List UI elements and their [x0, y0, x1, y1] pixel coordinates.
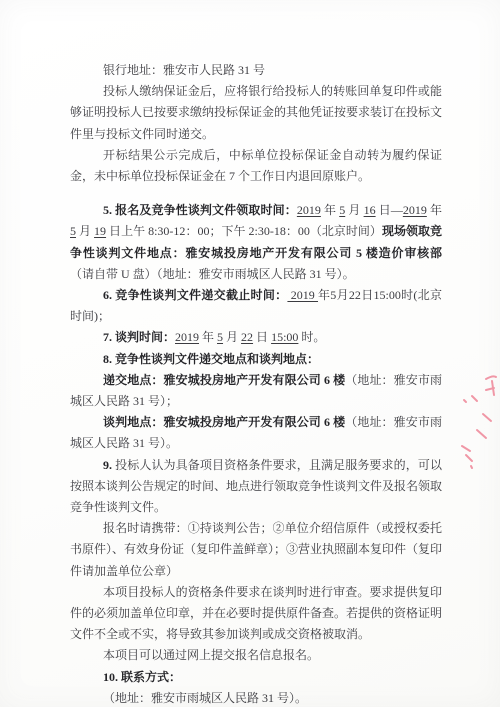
- paragraph: 6. 竞争性谈判文件递交截止时间： 2019 年5月22日15:00时(北京时间…: [70, 285, 442, 327]
- text-run: 本项目投标人的资格条件要求在谈判时进行审查。要求提供复印件的必须加盖单位印章，并…: [70, 585, 442, 641]
- paragraph: 报名时请携带：①持谈判公告；②单位介绍信原件（或授权委托书原件）、有效身份证（复…: [70, 518, 442, 582]
- text-run: 本项目可以通过网上提交报名信息报名。: [103, 648, 319, 662]
- text-run: 15:00: [271, 330, 298, 344]
- text-run: 投标人认为具备项目资格条件要求，且满足服务要求的，可以按照本谈判公告规定的时间、…: [70, 458, 442, 514]
- text-run: 时。: [298, 330, 325, 344]
- paragraph: 7. 谈判时间：2019 年 5 月 22 日 15:00 时。: [70, 327, 442, 348]
- text-run: 10. 联系方式：: [103, 670, 181, 684]
- red-ink-marks: [450, 368, 500, 473]
- paragraph: 投标人缴纳保证金后，应将银行给投标人的转账回单复印件或能够证明投标人已按要求缴纳…: [70, 81, 442, 145]
- paragraph: 本项目投标人的资格条件要求在谈判时进行审查。要求提供复印件的必须加盖单位印章，并…: [70, 582, 442, 646]
- paragraph: 10. 联系方式：: [70, 667, 442, 688]
- text-run: （请自带 U 盘）（地址：雅安市雨城区人民路 31 号）。: [70, 267, 355, 281]
- paragraph: 5. 报名及竞争性谈判文件领取时间：2019 年 5 月 16 日—2019 年…: [70, 200, 442, 285]
- text-run: 19: [94, 224, 106, 238]
- scanned-document-page: 银行地址：雅安市人民路 31 号投标人缴纳保证金后，应将银行给投标人的转账回单复…: [0, 0, 500, 707]
- text-run: 开标结果公示完成后，中标单位投标保证金自动转为履约保证金，未中标单位投标保证金在…: [70, 148, 442, 183]
- text-run: 2019: [403, 203, 427, 217]
- text-run: 9.: [103, 458, 112, 472]
- text-run: （地址：雅安市雨城区人民路 31 号）。: [103, 691, 307, 705]
- text-run: 2019: [287, 288, 318, 302]
- text-run: 日上午 8:30-12：00；下午 2:30-18：00（北京时间）: [106, 224, 382, 238]
- paragraph: 开标结果公示完成后，中标单位投标保证金自动转为履约保证金，未中标单位投标保证金在…: [70, 145, 442, 187]
- text-run: 报名时请携带：①持谈判公告；②单位介绍信原件（或授权委托书原件）、有效身份证（复…: [70, 521, 442, 577]
- text-run: 2019: [297, 203, 321, 217]
- text-run: 投标人缴纳保证金后，应将银行给投标人的转账回单复印件或能够证明投标人已按要求缴纳…: [70, 84, 442, 140]
- text-run: 谈判地点：雅安城投房地产开发有限公司 6 楼: [103, 415, 345, 429]
- text-run: 递交地点：雅安城投房地产开发有限公司 6 楼: [103, 373, 345, 387]
- document-body: 银行地址：雅安市人民路 31 号投标人缴纳保证金后，应将银行给投标人的转账回单复…: [70, 60, 442, 707]
- text-run: 2019: [175, 330, 199, 344]
- text-run: 8. 竞争性谈判文件递交地点和谈判地点：: [103, 352, 319, 366]
- text-run: 年: [321, 203, 339, 217]
- text-run: 年: [199, 330, 217, 344]
- text-run: 月: [223, 330, 241, 344]
- paragraph: 8. 竞争性谈判文件递交地点和谈判地点：: [70, 349, 442, 370]
- paragraph: 银行地址：雅安市人民路 31 号: [70, 60, 442, 81]
- text-run: 16: [364, 203, 376, 217]
- text-run: 6. 竞争性谈判文件递交截止时间：: [103, 288, 287, 302]
- text-run: 5. 报名及竞争性谈判文件领取时间：: [103, 203, 297, 217]
- paragraph: 谈判地点：雅安城投房地产开发有限公司 6 楼（地址：雅安市雨城区人民路 31 号…: [70, 412, 442, 454]
- text-run: 年: [427, 203, 442, 217]
- paragraph: 9. 投标人认为具备项目资格条件要求，且满足服务要求的，可以按照本谈判公告规定的…: [70, 455, 442, 519]
- paragraph: （地址：雅安市雨城区人民路 31 号）。: [70, 688, 442, 707]
- text-run: 月: [76, 224, 94, 238]
- text-run: 日: [253, 330, 271, 344]
- text-run: 22: [241, 330, 253, 344]
- text-run: 日—: [376, 203, 403, 217]
- text-run: 银行地址：雅安市人民路 31 号: [103, 63, 265, 77]
- text-run: 月: [345, 203, 363, 217]
- text-run: 7. 谈判时间：: [103, 330, 175, 344]
- paragraph: 递交地点：雅安城投房地产开发有限公司 6 楼（地址：雅安市雨城区人民路 31 号…: [70, 370, 442, 412]
- paragraph: 本项目可以通过网上提交报名信息报名。: [70, 645, 442, 666]
